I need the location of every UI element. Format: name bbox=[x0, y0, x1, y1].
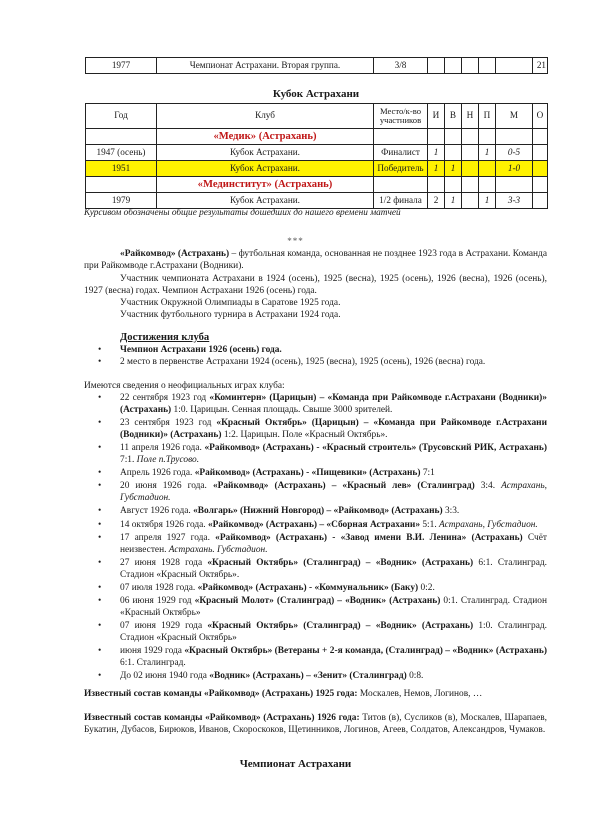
game-teams: «Райкомвод» (Астрахань) - «Красный строи… bbox=[204, 443, 547, 453]
list-item: 2 место в первенстве Астрахани 1924 (осе… bbox=[120, 357, 547, 369]
header-o: О bbox=[533, 104, 548, 129]
achievement-text: Чемпион Астрахани 1926 (осень) года. bbox=[120, 345, 282, 355]
games-intro: Имеются сведения о неофициальных играх к… bbox=[84, 381, 547, 393]
cup-table-body: «Медик» (Астрахань)1947 (осень)Кубок Аст… bbox=[86, 129, 548, 209]
game-teams: «Красный Октябрь» (Ветераны + 2-я команд… bbox=[184, 646, 547, 656]
game-teams: «Красный Октябрь» (Сталинград) – «Водник… bbox=[207, 558, 473, 568]
tournament-paragraph: Участник футбольного турнира в Астрахани… bbox=[84, 310, 547, 322]
cell-year: 1979 bbox=[86, 193, 157, 209]
roster-names: Москалев, Немов, Логинов, … bbox=[358, 689, 483, 699]
game-teams: «Красный Октябрь» (Сталинград) – «Водник… bbox=[207, 621, 473, 631]
cell-tournament: Кубок Астрахани. bbox=[157, 193, 374, 209]
game-date: До 02 июня 1940 года bbox=[120, 671, 209, 681]
game-venue: Астрахань. Губстадион. bbox=[169, 545, 268, 555]
game-date: 07 июня 1929 года bbox=[120, 621, 207, 631]
club-name: «Мединститут» (Астрахань) bbox=[157, 177, 374, 193]
cell-tournament: Кубок Астрахани. bbox=[157, 145, 374, 161]
table-footnote: Курсивом обозначены общие результаты дош… bbox=[84, 208, 401, 220]
game-teams: «Красный Молот» (Сталинград) – «Водник» … bbox=[195, 596, 441, 606]
roster-label: Известный состав команды «Райкомвод» (Ас… bbox=[84, 713, 360, 723]
list-item: До 02 июня 1940 года «Водник» (Астрахань… bbox=[120, 671, 547, 683]
game-venue: Астрахань, Губстадион. bbox=[439, 520, 538, 530]
list-item: июня 1929 года «Красный Октябрь» (Ветера… bbox=[120, 646, 547, 670]
game-teams: «Волгарь» (Нижний Новгород) – «Райкомвод… bbox=[193, 506, 443, 516]
club-group-row: «Мединститут» (Астрахань) bbox=[86, 177, 548, 193]
game-date: 17 апреля 1927 года. bbox=[120, 533, 215, 543]
cell-n bbox=[462, 58, 479, 74]
game-result: 1:0. Царицын. Сенная площадь. Свыше 3000… bbox=[171, 405, 392, 415]
cell-o bbox=[533, 161, 548, 177]
game-result: 7:1. bbox=[120, 455, 137, 465]
cell-tournament: Кубок Астрахани. bbox=[157, 161, 374, 177]
game-result: 6:1. Сталинград. bbox=[120, 658, 186, 668]
cell-p: 1 bbox=[479, 193, 496, 209]
list-item: 22 сентября 1923 год «Коминтерн» (Царицы… bbox=[120, 393, 547, 417]
list-item: 07 июня 1929 года «Красный Октябрь» (Ста… bbox=[120, 621, 547, 645]
cup-table: Год Клуб Место/к-во участников И В Н П М… bbox=[85, 103, 548, 209]
cell-i: 2 bbox=[428, 193, 445, 209]
game-date: 06 июня 1929 год bbox=[120, 596, 195, 606]
game-date: 27 июня 1928 года bbox=[120, 558, 207, 568]
cell-v bbox=[445, 58, 462, 74]
cell-o: 21 bbox=[533, 58, 548, 74]
cell-place: Финалист bbox=[374, 145, 428, 161]
cell-n bbox=[462, 145, 479, 161]
game-teams: «Райкомвод» (Астрахань) - «Пищевики» (Ас… bbox=[195, 468, 421, 478]
game-date: июня 1929 года bbox=[120, 646, 184, 656]
list-item: 14 октября 1926 года. «Райкомвод» (Астра… bbox=[120, 520, 547, 532]
list-item: 06 июня 1929 год «Красный Молот» (Сталин… bbox=[120, 596, 547, 620]
game-date: Август 1926 года. bbox=[120, 506, 193, 516]
cell-i: 1 bbox=[428, 161, 445, 177]
cell-place: 3/8 bbox=[374, 58, 428, 74]
header-m: М bbox=[496, 104, 533, 129]
game-venue: Поле п.Трусово. bbox=[137, 455, 199, 465]
game-date: 23 сентября 1923 год bbox=[120, 418, 216, 428]
championship-table-tail: 1977 Чемпионат Астрахани. Вторая группа.… bbox=[85, 57, 548, 74]
intro-paragraph: «Райкомвод» (Астрахань) – футбольная ком… bbox=[84, 249, 547, 273]
roster-1925: Известный состав команды «Райкомвод» (Ас… bbox=[84, 689, 547, 701]
cell-place: Победитель bbox=[374, 161, 428, 177]
list-item: 20 июня 1926 года. «Райкомвод» (Астрахан… bbox=[120, 481, 547, 505]
game-result: 3:3. bbox=[443, 506, 460, 516]
championship-section-title: Чемпионат Астрахани bbox=[0, 758, 591, 772]
club-group-row: «Медик» (Астрахань) bbox=[86, 129, 548, 145]
game-date: 20 июня 1926 года. bbox=[120, 481, 213, 491]
roster-label: Известный состав команды «Райкомвод» (Ас… bbox=[84, 689, 358, 699]
header-place: Место/к-во участников bbox=[374, 104, 428, 129]
game-result: 0:2. bbox=[418, 583, 435, 593]
header-n: Н bbox=[462, 104, 479, 129]
cell-place: 1/2 финала bbox=[374, 193, 428, 209]
game-teams: «Райкомвод» (Астрахань) - «Завод имени В… bbox=[215, 533, 523, 543]
cell-n bbox=[462, 161, 479, 177]
cell-i: 1 bbox=[428, 145, 445, 161]
club-name: «Медик» (Астрахань) bbox=[157, 129, 374, 145]
list-item: 17 апреля 1927 года. «Райкомвод» (Астрах… bbox=[120, 533, 547, 557]
table-header-row: Год Клуб Место/к-во участников И В Н П М… bbox=[86, 104, 548, 129]
game-result: 5:1. bbox=[420, 520, 439, 530]
cell-v: 1 bbox=[445, 193, 462, 209]
achievements-title: Достижения клуба bbox=[120, 331, 209, 344]
cell-p: 1 bbox=[479, 145, 496, 161]
cell-p bbox=[479, 58, 496, 74]
header-year: Год bbox=[86, 104, 157, 129]
participation-paragraph: Участник чемпионата Астрахани в 1924 (ос… bbox=[84, 274, 547, 298]
table-row: 1977 Чемпионат Астрахани. Вторая группа.… bbox=[86, 58, 548, 74]
cell-m: 0-5 bbox=[496, 145, 533, 161]
list-item: 11 апреля 1926 года. «Райкомвод» (Астрах… bbox=[120, 443, 547, 467]
header-v: В bbox=[445, 104, 462, 129]
cell-year: 1947 (осень) bbox=[86, 145, 157, 161]
cell-year: 1977 bbox=[86, 58, 157, 74]
header-i: И bbox=[428, 104, 445, 129]
list-item: Апрель 1926 года. «Райкомвод» (Астрахань… bbox=[120, 468, 547, 480]
header-p: П bbox=[479, 104, 496, 129]
game-date: 07 июля 1928 года. bbox=[120, 583, 198, 593]
table-row: 1947 (осень)Кубок Астрахани.Финалист110-… bbox=[86, 145, 548, 161]
table-row: 1979Кубок Астрахани.1/2 финала2113-3 bbox=[86, 193, 548, 209]
cell-v bbox=[445, 145, 462, 161]
game-date: 14 октября 1926 года. bbox=[120, 520, 208, 530]
game-teams: «Райкомвод» (Астрахань) – «Красный лев» … bbox=[213, 481, 475, 491]
cell-m: 1-0 bbox=[496, 161, 533, 177]
cell-v: 1 bbox=[445, 161, 462, 177]
game-date: 22 сентября 1923 год bbox=[120, 393, 209, 403]
list-item: 27 июня 1928 года «Красный Октябрь» (Ста… bbox=[120, 558, 547, 582]
cell-p bbox=[479, 161, 496, 177]
header-club: Клуб bbox=[157, 104, 374, 129]
game-result: 3:4. bbox=[475, 481, 501, 491]
game-date: Апрель 1926 года. bbox=[120, 468, 195, 478]
game-teams: «Райкомвод» (Астрахань) - «Коммунальник»… bbox=[198, 583, 419, 593]
list-item: Август 1926 года. «Волгарь» (Нижний Новг… bbox=[120, 506, 547, 518]
table-row: 1951Кубок Астрахани.Победитель111-0 bbox=[86, 161, 548, 177]
cell-o bbox=[533, 145, 548, 161]
game-teams: «Райкомвод» (Астрахань) – «Сборная Астра… bbox=[208, 520, 420, 530]
cell-m: 3-3 bbox=[496, 193, 533, 209]
cell-o bbox=[533, 193, 548, 209]
list-item: 23 сентября 1923 год «Красный Октябрь» (… bbox=[120, 418, 547, 442]
list-item: 07 июля 1928 года. «Райкомвод» (Астрахан… bbox=[120, 583, 547, 595]
roster-1926: Известный состав команды «Райкомвод» (Ас… bbox=[84, 713, 547, 737]
olympiad-paragraph: Участник Окружной Олимпиады в Саратове 1… bbox=[84, 298, 547, 310]
list-item: Чемпион Астрахани 1926 (осень) года. bbox=[120, 345, 547, 357]
game-result: 0:8. bbox=[407, 671, 424, 681]
cell-year: 1951 bbox=[86, 161, 157, 177]
game-result: 7:1 bbox=[420, 468, 434, 478]
cell-n bbox=[462, 193, 479, 209]
cell-i bbox=[428, 58, 445, 74]
game-teams: «Водник» (Астрахань) – «Зенит» (Сталингр… bbox=[209, 671, 406, 681]
games-list: 22 сентября 1923 год «Коминтерн» (Царицы… bbox=[84, 393, 547, 684]
game-date: 11 апреля 1926 года. bbox=[120, 443, 204, 453]
cup-section-title: Кубок Астрахани bbox=[85, 88, 547, 102]
game-result: 1:2. Царицын. Поле «Красный Октябрь». bbox=[221, 430, 387, 440]
separator: *** bbox=[0, 236, 591, 247]
achievements-list: Чемпион Астрахани 1926 (осень) года. 2 м… bbox=[84, 345, 547, 369]
cell-m bbox=[496, 58, 533, 74]
team-name: «Райкомвод» (Астрахань) bbox=[120, 249, 229, 259]
cell-tournament: Чемпионат Астрахани. Вторая группа. bbox=[157, 58, 374, 74]
